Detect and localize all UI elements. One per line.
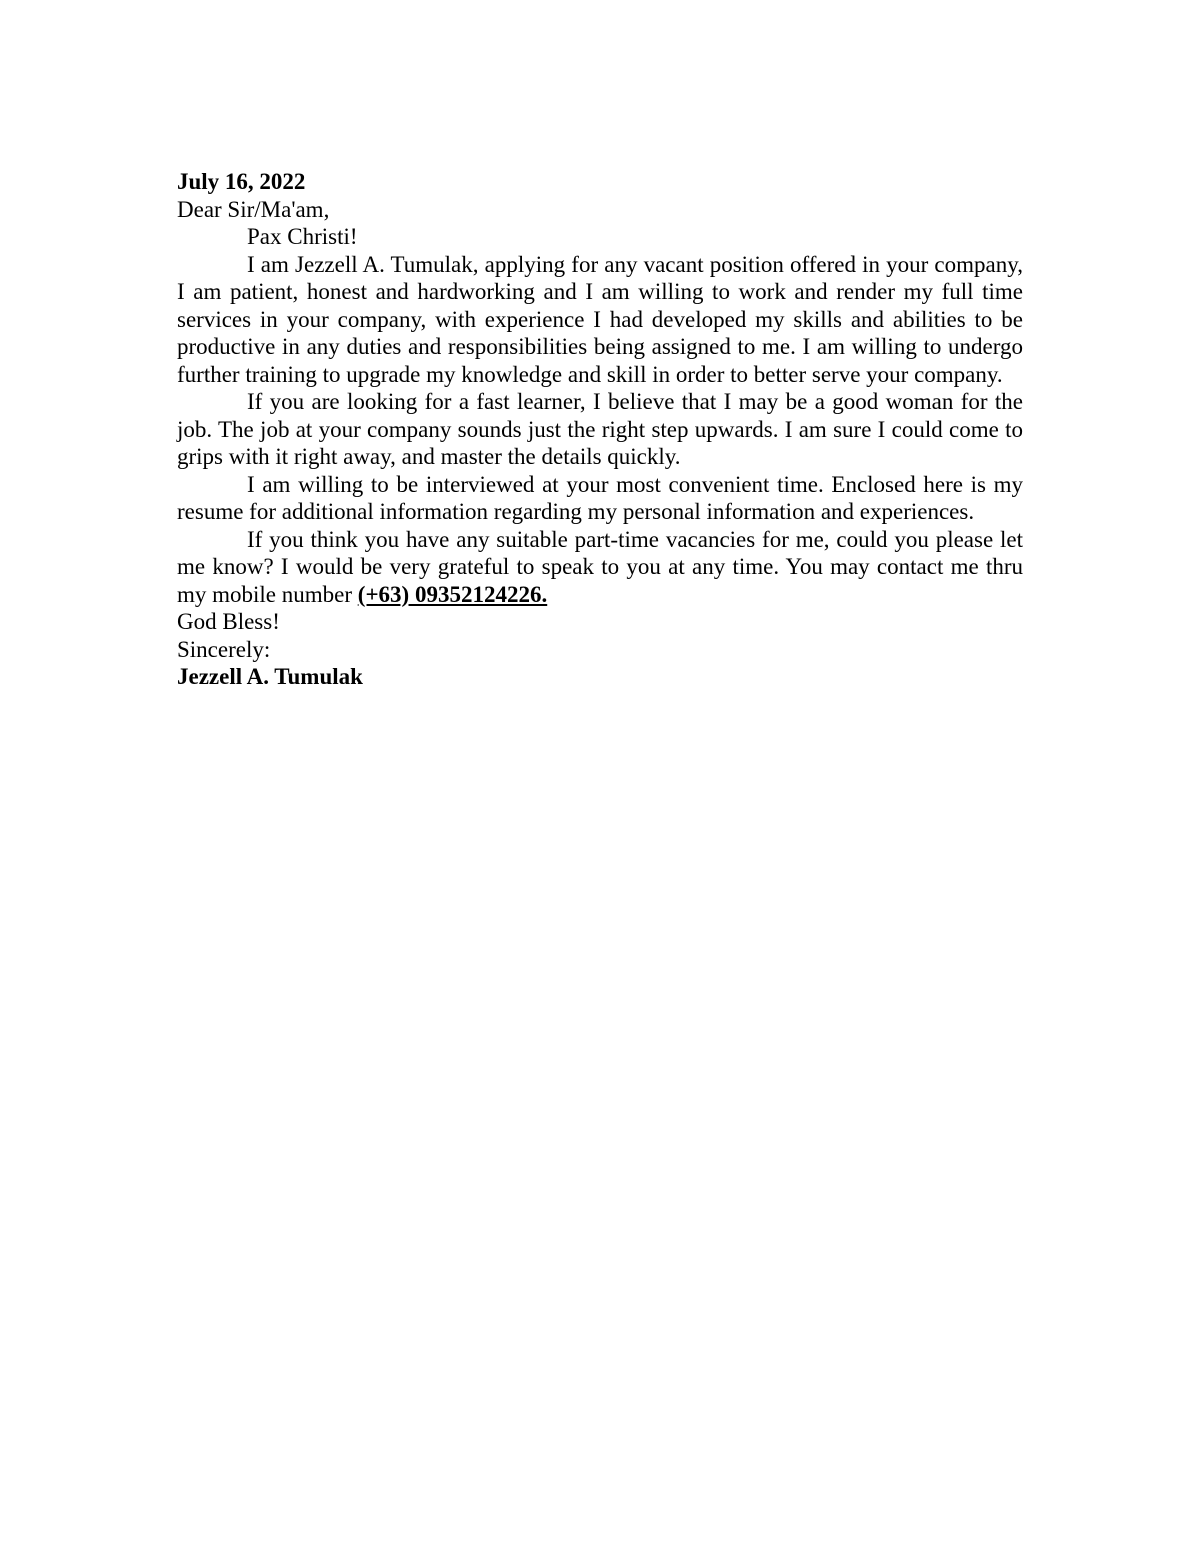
paragraph-introduction: I am Jezzell A. Tumulak, applying for an… (177, 251, 1023, 389)
mobile-phone-number: (+63) 09352124226. (358, 582, 547, 607)
paragraph-interview-availability: I am willing to be interviewed at your m… (177, 471, 1023, 526)
salutation: Dear Sir/Ma'am, (177, 196, 1023, 224)
letter-date: July 16, 2022 (177, 168, 1023, 196)
contact-paragraph-text: If you think you have any suitable part-… (177, 527, 1023, 607)
paragraph-fast-learner: If you are looking for a fast learner, I… (177, 388, 1023, 471)
paragraph-contact: If you think you have any suitable part-… (177, 526, 1023, 609)
greeting-line: Pax Christi! (177, 223, 1023, 251)
closing-line: Sincerely: (177, 636, 1023, 664)
signature-name: Jezzell A. Tumulak (177, 663, 1023, 691)
application-letter-page: July 16, 2022 Dear Sir/Ma'am, Pax Christ… (0, 0, 1200, 1553)
blessing-line: God Bless! (177, 608, 1023, 636)
